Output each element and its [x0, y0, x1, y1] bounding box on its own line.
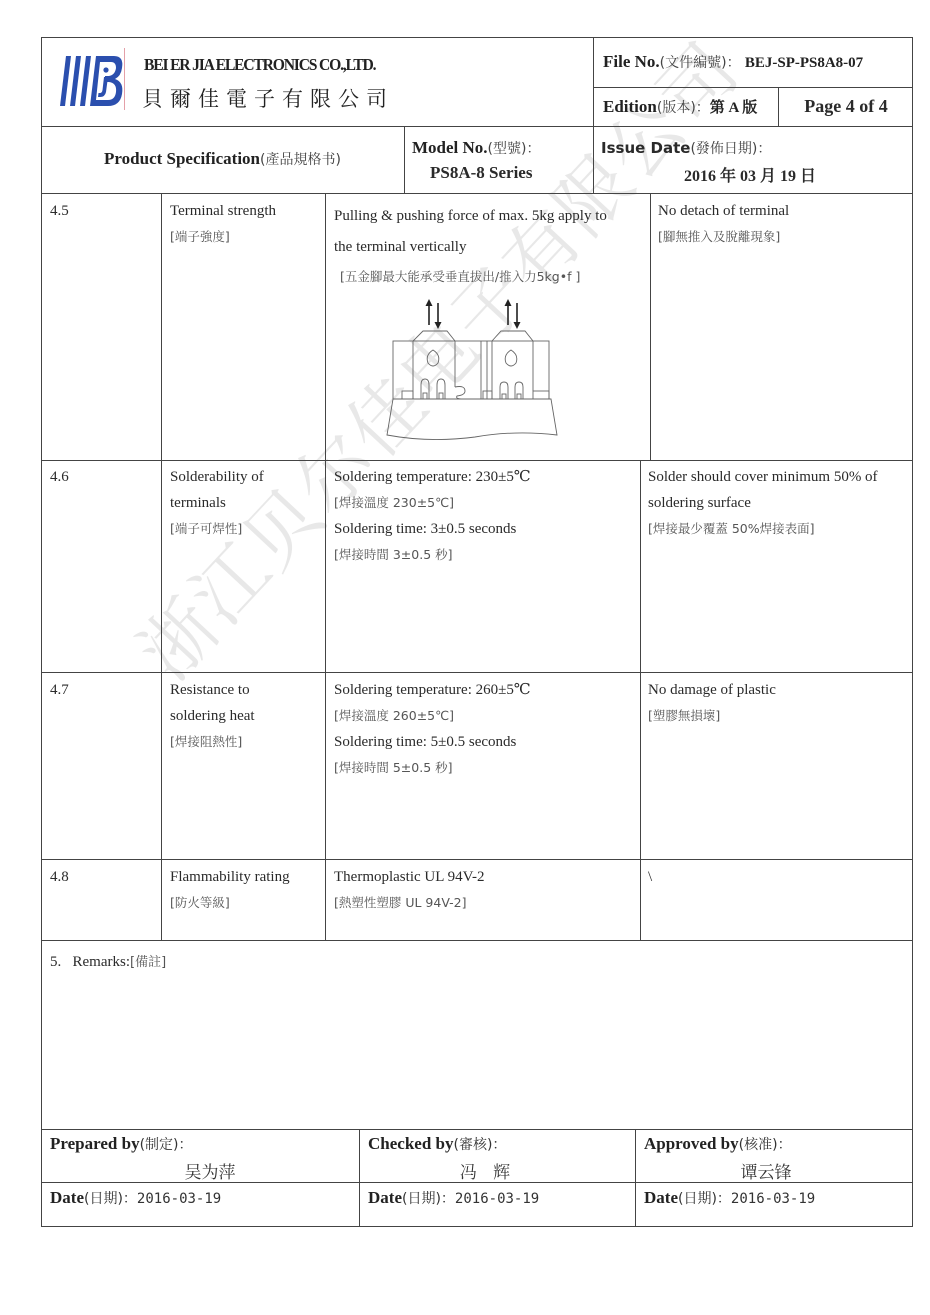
spec-line: the terminal vertically: [334, 232, 607, 263]
date-value: 2016-03-19: [731, 1191, 815, 1207]
row-4-7-requirement: No damage of plastic [塑膠無損壞]: [648, 677, 776, 729]
file-no-label: File No.: [603, 52, 660, 71]
row-4-5-spec: Pulling & pushing force of max. 5kg appl…: [334, 201, 607, 263]
divider: [41, 859, 913, 860]
spec-time: Soldering time: 5±0.5 seconds: [334, 729, 531, 755]
product-spec-label-cn: (產品規格书): [260, 152, 341, 168]
date-label: Date: [644, 1188, 678, 1207]
divider: [161, 193, 162, 940]
row-4-5-number: 4.5: [50, 198, 69, 224]
prepared-by-label: Prepared by(制定)：: [50, 1134, 193, 1154]
item-en: soldering heat: [170, 703, 255, 729]
divider: [404, 126, 405, 193]
divider: [359, 1129, 360, 1227]
date-label: Date: [368, 1188, 402, 1207]
item-en: Solderability of: [170, 464, 264, 490]
remarks: 5. Remarks:[備註]: [50, 951, 166, 971]
row-4-6-number: 4.6: [50, 464, 69, 490]
checked-by-label: Checked by(審核)：: [368, 1134, 506, 1154]
edition-label: Edition: [603, 97, 657, 116]
spec-temp-cn: [焊接溫度 230±5℃]: [334, 490, 531, 516]
spec-temp-cn: [焊接溫度 260±5℃]: [334, 703, 531, 729]
row-4-7-spec: Soldering temperature: 260±5℃ [焊接溫度 260±…: [334, 677, 531, 781]
requirement-cn: [焊接最少覆蓋 50%焊接表面]: [648, 516, 878, 542]
bej-logo-icon: [58, 50, 128, 112]
item-en: terminals: [170, 490, 264, 516]
divider: [640, 460, 641, 940]
requirement-en: soldering surface: [648, 490, 878, 516]
issue-date: Issue Date(發佈日期)：: [601, 138, 771, 158]
approved-by-label: Approved by(核准)：: [644, 1134, 792, 1154]
row-4-5-spec-cn: [五金腳最大能承受垂直拔出/推入力5kg•f ]: [340, 264, 580, 290]
edition-label-cn: (版本)：: [657, 100, 710, 116]
logo-separator: [124, 48, 125, 110]
divider: [41, 672, 913, 673]
prepared-by-cn: (制定)：: [140, 1137, 193, 1153]
item-cn: [端子可焊性]: [170, 516, 264, 542]
approved-by-cn: (核准)：: [739, 1137, 792, 1153]
remarks-label-cn: [備註]: [130, 955, 166, 970]
spec-time-cn: [焊接時間 5±0.5 秒]: [334, 755, 531, 781]
item-en: Resistance to: [170, 677, 255, 703]
date-label: Date: [50, 1188, 84, 1207]
row-4-6-spec: Soldering temperature: 230±5℃ [焊接溫度 230±…: [334, 464, 531, 568]
approved-by-name: 谭云锋: [716, 1158, 816, 1183]
row-4-8-spec: Thermoplastic UL 94V-2 [熱塑性塑膠 UL 94V-2]: [334, 864, 485, 916]
approved-by-en: Approved by: [644, 1134, 739, 1153]
file-no-value: BEJ-SP-PS8A8-07: [745, 55, 863, 71]
date-value: 2016-03-19: [455, 1191, 539, 1207]
date-value: 2016-03-19: [137, 1191, 221, 1207]
company-name-cn: 貝爾佳電子有限公司: [142, 83, 394, 113]
date-label-cn: (日期)：: [402, 1191, 455, 1207]
divider: [41, 126, 913, 127]
row-4-8-number: 4.8: [50, 864, 69, 890]
checked-by-en: Checked by: [368, 1134, 453, 1153]
row-4-8-requirement: \: [648, 864, 652, 890]
requirement-en: No damage of plastic: [648, 677, 776, 703]
item-cn: [焊接阻熱性]: [170, 729, 255, 755]
model-label-cn: (型號)：: [488, 141, 541, 157]
model-value: PS8A-8 Series: [430, 163, 532, 183]
spec-time-cn: [焊接時間 3±0.5 秒]: [334, 542, 531, 568]
checked-by-cn: (審核)：: [453, 1137, 506, 1153]
divider: [41, 940, 913, 941]
date-label-cn: (日期)：: [84, 1191, 137, 1207]
issue-date-value: 2016 年 03 月 19 日: [684, 163, 816, 186]
edition: Edition(版本)：第 A 版: [603, 96, 757, 117]
row-4-6-item: Solderability of terminals [端子可焊性]: [170, 464, 264, 542]
model-number: Model No.(型號)：: [412, 138, 540, 158]
file-no-label-cn: (文件編號)：: [660, 55, 741, 71]
prepared-by-en: Prepared by: [50, 1134, 140, 1153]
item-cn: [防火等級]: [170, 890, 290, 916]
prepared-by-name: 吴为萍: [160, 1158, 260, 1183]
company-name-en: BEI ER JIA ELECTRONICS CO.,LTD.: [144, 55, 375, 75]
spec-cn: [五金腳最大能承受垂直拔出/推入力5kg•f ]: [340, 264, 580, 290]
model-label: Model No.: [412, 138, 488, 157]
approved-date: Date(日期)：2016-03-19: [644, 1188, 815, 1208]
product-spec-label: Product Specification: [104, 149, 260, 168]
spec-en: Thermoplastic UL 94V-2: [334, 864, 485, 890]
row-4-5-requirement: No detach of terminal [腳無推入及脫離現象]: [658, 198, 789, 250]
spec-temp: Soldering temperature: 230±5℃: [334, 464, 531, 490]
divider: [593, 37, 594, 193]
item-cn: [端子強度]: [170, 224, 276, 250]
item-en: Flammability rating: [170, 864, 290, 890]
remarks-label: 5. Remarks:: [50, 954, 130, 970]
divider: [778, 87, 779, 127]
divider: [650, 193, 651, 460]
divider: [41, 460, 913, 461]
issue-date-label: Issue Date: [601, 139, 690, 157]
requirement-cn: [塑膠無損壞]: [648, 703, 776, 729]
spec-cn: [熱塑性塑膠 UL 94V-2]: [334, 890, 485, 916]
spec-line: Pulling & pushing force of max. 5kg appl…: [334, 201, 607, 232]
row-4-6-requirement: Solder should cover minimum 50% of solde…: [648, 464, 878, 542]
spec-page: 浙江贝尔佳电子有限公司 BEI ER JIA ELECTRONICS CO.,L…: [0, 0, 930, 1315]
row-4-5-item: Terminal strength [端子強度]: [170, 198, 276, 250]
item-en: Terminal strength: [170, 198, 276, 224]
checked-date: Date(日期)：2016-03-19: [368, 1188, 539, 1208]
prepared-date: Date(日期)：2016-03-19: [50, 1188, 221, 1208]
divider: [41, 1129, 913, 1130]
product-specification-title: Product Specification(產品規格书): [41, 149, 404, 169]
divider: [593, 87, 913, 88]
divider: [635, 1129, 636, 1227]
page-number: Page 4 of 4: [780, 96, 912, 117]
row-4-7-item: Resistance to soldering heat [焊接阻熱性]: [170, 677, 255, 755]
spec-temp: Soldering temperature: 260±5℃: [334, 677, 531, 703]
requirement-en: Solder should cover minimum 50% of: [648, 464, 878, 490]
edition-value: 第 A 版: [710, 100, 758, 116]
terminal-push-pull-diagram: [385, 297, 560, 447]
divider: [41, 193, 913, 194]
issue-date-label-cn: (發佈日期)：: [690, 141, 771, 157]
date-label-cn: (日期)：: [678, 1191, 731, 1207]
spec-time: Soldering time: 3±0.5 seconds: [334, 516, 531, 542]
row-4-7-number: 4.7: [50, 677, 69, 703]
checked-by-name: 冯 辉: [430, 1158, 540, 1183]
requirement-en: No detach of terminal: [658, 198, 789, 224]
file-number: File No.(文件編號)： BEJ-SP-PS8A8-07: [603, 52, 863, 72]
requirement-cn: [腳無推入及脫離現象]: [658, 224, 789, 250]
divider: [325, 193, 326, 940]
row-4-8-item: Flammability rating [防火等級]: [170, 864, 290, 916]
